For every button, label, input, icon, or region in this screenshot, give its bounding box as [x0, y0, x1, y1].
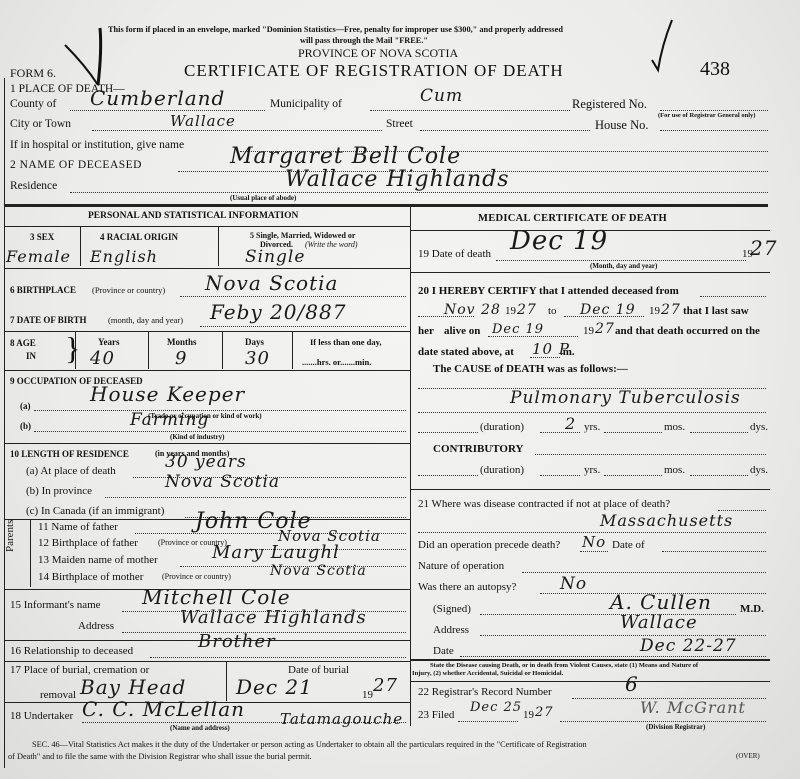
her-label: her [418, 325, 434, 337]
alive-on-year-prefix: 19 [583, 325, 594, 337]
date-of-death-note: (Month, day and year) [590, 262, 657, 270]
mos-label: mos. [664, 421, 685, 433]
attended-to-year-prefix: 19 [649, 305, 660, 317]
yrs-label: yrs. [584, 421, 600, 433]
racial-origin-label: 4 RACIAL ORIGIN [100, 232, 178, 242]
mother-birthplace-value[interactable]: Nova Scotia [270, 563, 367, 579]
mother-birthplace-label: 14 Birthplace of mother [38, 571, 143, 583]
duration-label: (duration) [480, 421, 524, 433]
burial-place-value[interactable]: Bay Head [80, 675, 186, 699]
informant-address-label: Address [78, 620, 114, 632]
mother-maiden-label: 13 Maiden name of mother [38, 554, 158, 566]
registrar-record-value[interactable]: 6 [625, 672, 639, 696]
burial-date-value[interactable]: Dec 21 [236, 675, 313, 699]
signed-label: (Signed) [433, 603, 471, 615]
date-of-death-label: 19 Date of death [418, 248, 491, 260]
contributory-dys-label: dys. [750, 464, 768, 476]
contributory-duration-label: (duration) [480, 464, 524, 476]
contributory-label: CONTRIBUTORY [433, 443, 523, 455]
province-heading: PROVINCE OF NOVA SCOTIA [298, 46, 458, 61]
residence-note: (Usual place of abode) [230, 194, 296, 202]
dob-value[interactable]: Feby 20/887 [210, 300, 346, 324]
sex-value[interactable]: Female [6, 247, 71, 266]
residence-c-label: (c) In Canada (if an immigrant) [26, 505, 164, 517]
residence-province-value[interactable]: Nova Scotia [165, 472, 280, 492]
city-value[interactable]: Wallace [170, 112, 236, 130]
to-label: to [548, 305, 557, 317]
cause-of-death-value[interactable]: Pulmonary Tuberculosis [510, 388, 741, 408]
dob-label: 7 DATE OF BIRTH [10, 315, 86, 325]
occupation-b-label: (b) [20, 421, 31, 431]
physician-address-value[interactable]: Wallace [620, 612, 698, 633]
birthplace-label: 6 BIRTHPLACE [10, 285, 76, 295]
certify-label: 20 I HEREBY CERTIFY that I attended dece… [418, 285, 679, 297]
municipality-value[interactable]: Cum [420, 86, 463, 106]
contributory-yrs-label: yrs. [584, 464, 600, 476]
street-label: Street [386, 118, 413, 130]
disease-note-2: Injury, (2) whether Accidental, Suicidal… [412, 670, 563, 677]
informant-address-value[interactable]: Wallace Highlands [180, 607, 367, 628]
footer-over: (OVER) [736, 752, 760, 760]
dob-note: (month, day and year) [108, 315, 183, 325]
registered-no-label: Registered No. [572, 97, 647, 112]
age-label-2: IN [26, 351, 36, 361]
registered-no-note: (For use of Registrar General only) [658, 112, 755, 119]
mother-maiden-value[interactable]: Mary Laughl [212, 542, 340, 563]
birthplace-note: (Province or country) [92, 285, 165, 295]
undertaker-label: 18 Undertaker [10, 710, 73, 722]
dys-label: dys. [750, 421, 768, 433]
county-value[interactable]: Cumberland [90, 86, 225, 110]
autopsy-label: Was there an autopsy? [418, 581, 516, 593]
frame-left [4, 78, 5, 768]
death-occurred-label: and that death occurred on the [615, 325, 760, 337]
certificate-number: 438 [700, 58, 730, 81]
alive-on-year[interactable]: 27 [595, 321, 615, 337]
autopsy-value[interactable]: No [560, 574, 587, 594]
filed-year-prefix: 19 [523, 709, 534, 721]
residence-b-label: (b) In province [26, 485, 92, 497]
date-of-death-year[interactable]: 27 [750, 236, 777, 260]
header-divider [4, 204, 768, 207]
pen-mark-icon [650, 15, 680, 85]
less-than-day-label: If less than one day, [310, 337, 382, 347]
house-no-label: House No. [595, 118, 648, 133]
attended-to-value[interactable]: Dec 19 [580, 302, 636, 318]
footer-line2: of Death" and to file the same with the … [8, 752, 312, 761]
municipality-label: Municipality of [270, 98, 342, 110]
column-divider [410, 206, 411, 726]
burial-year-prefix: 19 [362, 689, 373, 701]
operation-value[interactable]: No [582, 533, 606, 551]
undertaker-value[interactable]: C. C. McLellan [82, 697, 245, 721]
informant-name-value[interactable]: Mitchell Cole [142, 585, 291, 609]
alive-on-value[interactable]: Dec 19 [492, 322, 544, 337]
duration-years-value[interactable]: 2 [565, 414, 576, 433]
md-label: M.D. [740, 603, 764, 615]
parents-side-label: Parents [4, 520, 16, 552]
racial-origin-value[interactable]: English [90, 247, 158, 266]
occupation-value[interactable]: House Keeper [90, 382, 245, 406]
operation-date-label: Date of [612, 539, 645, 551]
marital-note: (Write the word) [305, 240, 358, 249]
death-certificate: This form if placed in an envelope, mark… [0, 0, 800, 779]
relationship-label: 16 Relationship to deceased [10, 645, 133, 657]
years-value[interactable]: 40 [90, 348, 115, 369]
hospital-label: If in hospital or institution, give name [10, 139, 184, 151]
birthplace-value[interactable]: Nova Scotia [205, 271, 338, 295]
residence-label: Residence [10, 180, 57, 192]
burial-year-value[interactable]: 27 [373, 675, 398, 696]
residence-value[interactable]: Wallace Highlands [285, 167, 510, 192]
undertaker-note: (Name and address) [170, 724, 230, 732]
residence-a-label: (a) At place of death [26, 465, 116, 477]
name-of-deceased-label: 2 NAME OF DECEASED [10, 159, 142, 171]
months-label: Months [167, 337, 197, 347]
operation-label: Did an operation precede death? [418, 539, 560, 551]
occupation-a-label: (a) [20, 401, 31, 411]
nature-of-operation-label: Nature of operation [418, 560, 504, 572]
father-birthplace-label: 12 Birthplace of father [38, 537, 138, 549]
attended-from-year-prefix: 19 [505, 305, 516, 317]
mother-birthplace-note: (Province or country) [162, 572, 231, 581]
city-label: City or Town [10, 118, 71, 130]
contributory-mos-label: mos. [664, 464, 685, 476]
registrar-record-label: 22 Registrar's Record Number [418, 686, 552, 698]
undertaker-address-value[interactable]: Tatamagouche [280, 710, 403, 728]
hrs-min-label: .......hrs. or.......min. [302, 357, 371, 367]
deceased-name-value[interactable]: Margaret Bell Cole [230, 144, 461, 169]
alive-on-label: alive on [444, 325, 480, 337]
industry-value[interactable]: Farming [130, 410, 209, 430]
filed-label: 23 Filed [418, 709, 454, 721]
days-label: Days [245, 337, 264, 347]
residence-at-place-value[interactable]: 30 years [165, 452, 247, 472]
industry-note: (Kind of industry) [170, 433, 224, 441]
time-suffix: .m. [560, 346, 575, 358]
years-label: Years [98, 337, 120, 347]
attended-to-year[interactable]: 27 [661, 302, 681, 318]
days-value[interactable]: 30 [245, 348, 270, 369]
filed-date-value[interactable]: Dec 25 [470, 700, 522, 715]
personal-section-title: PERSONAL AND STATISTICAL INFORMATION [88, 211, 298, 221]
age-brace: } [65, 330, 80, 367]
attended-from-year[interactable]: 27 [517, 302, 537, 318]
father-name-label: 11 Name of father [38, 521, 118, 533]
disease-note-1: State the Disease causing Death, or in d… [430, 662, 698, 669]
sex-label: 3 SEX [30, 232, 54, 242]
physician-signature[interactable]: A. Cullen [610, 590, 712, 614]
certificate-title: CERTIFICATE OF REGISTRATION OF DEATH [184, 61, 564, 81]
age-label-1: 8 AGE [10, 338, 36, 348]
stated-above-label: date stated above, at [418, 346, 514, 358]
physician-address-label: Address [433, 624, 469, 636]
filed-year[interactable]: 27 [535, 705, 554, 720]
informant-name-label: 15 Informant's name [10, 599, 101, 611]
marital-status-value[interactable]: Single [245, 247, 305, 267]
division-registrar-note: (Division Registrar) [646, 723, 705, 731]
certificate-date-value[interactable]: Dec 22-27 [640, 636, 737, 656]
form-number: FORM 6. [10, 66, 56, 81]
footer-line1: SEC. 46—Vital Statistics Act makes it th… [32, 740, 587, 749]
contracted-value[interactable]: Massachusetts [600, 511, 733, 530]
relationship-value[interactable]: Brother [198, 631, 276, 652]
division-registrar-signature[interactable]: W. McGrant [640, 698, 746, 717]
contracted-label: 21 Where was disease contracted if not a… [418, 498, 670, 510]
date-of-death-value[interactable]: Dec 19 [510, 226, 608, 256]
medical-section-title: MEDICAL CERTIFICATE OF DEATH [478, 213, 667, 224]
mail-notice-line2: will pass through the Mail "FREE." [300, 36, 428, 45]
county-label: County of [10, 98, 56, 110]
residence-length-label: 10 LENGTH OF RESIDENCE [10, 449, 129, 459]
last-saw-label: that I last saw [683, 305, 749, 317]
marital-label-1: 5 Single, Married, Widowed or [250, 231, 355, 240]
certificate-date-label: Date [433, 645, 454, 657]
attended-from-value[interactable]: Nov 28 [444, 302, 501, 318]
burial-place-label-2: removal [40, 689, 76, 701]
months-value[interactable]: 9 [175, 348, 187, 369]
cause-of-death-label: The CAUSE of DEATH was as follows:— [433, 363, 628, 375]
